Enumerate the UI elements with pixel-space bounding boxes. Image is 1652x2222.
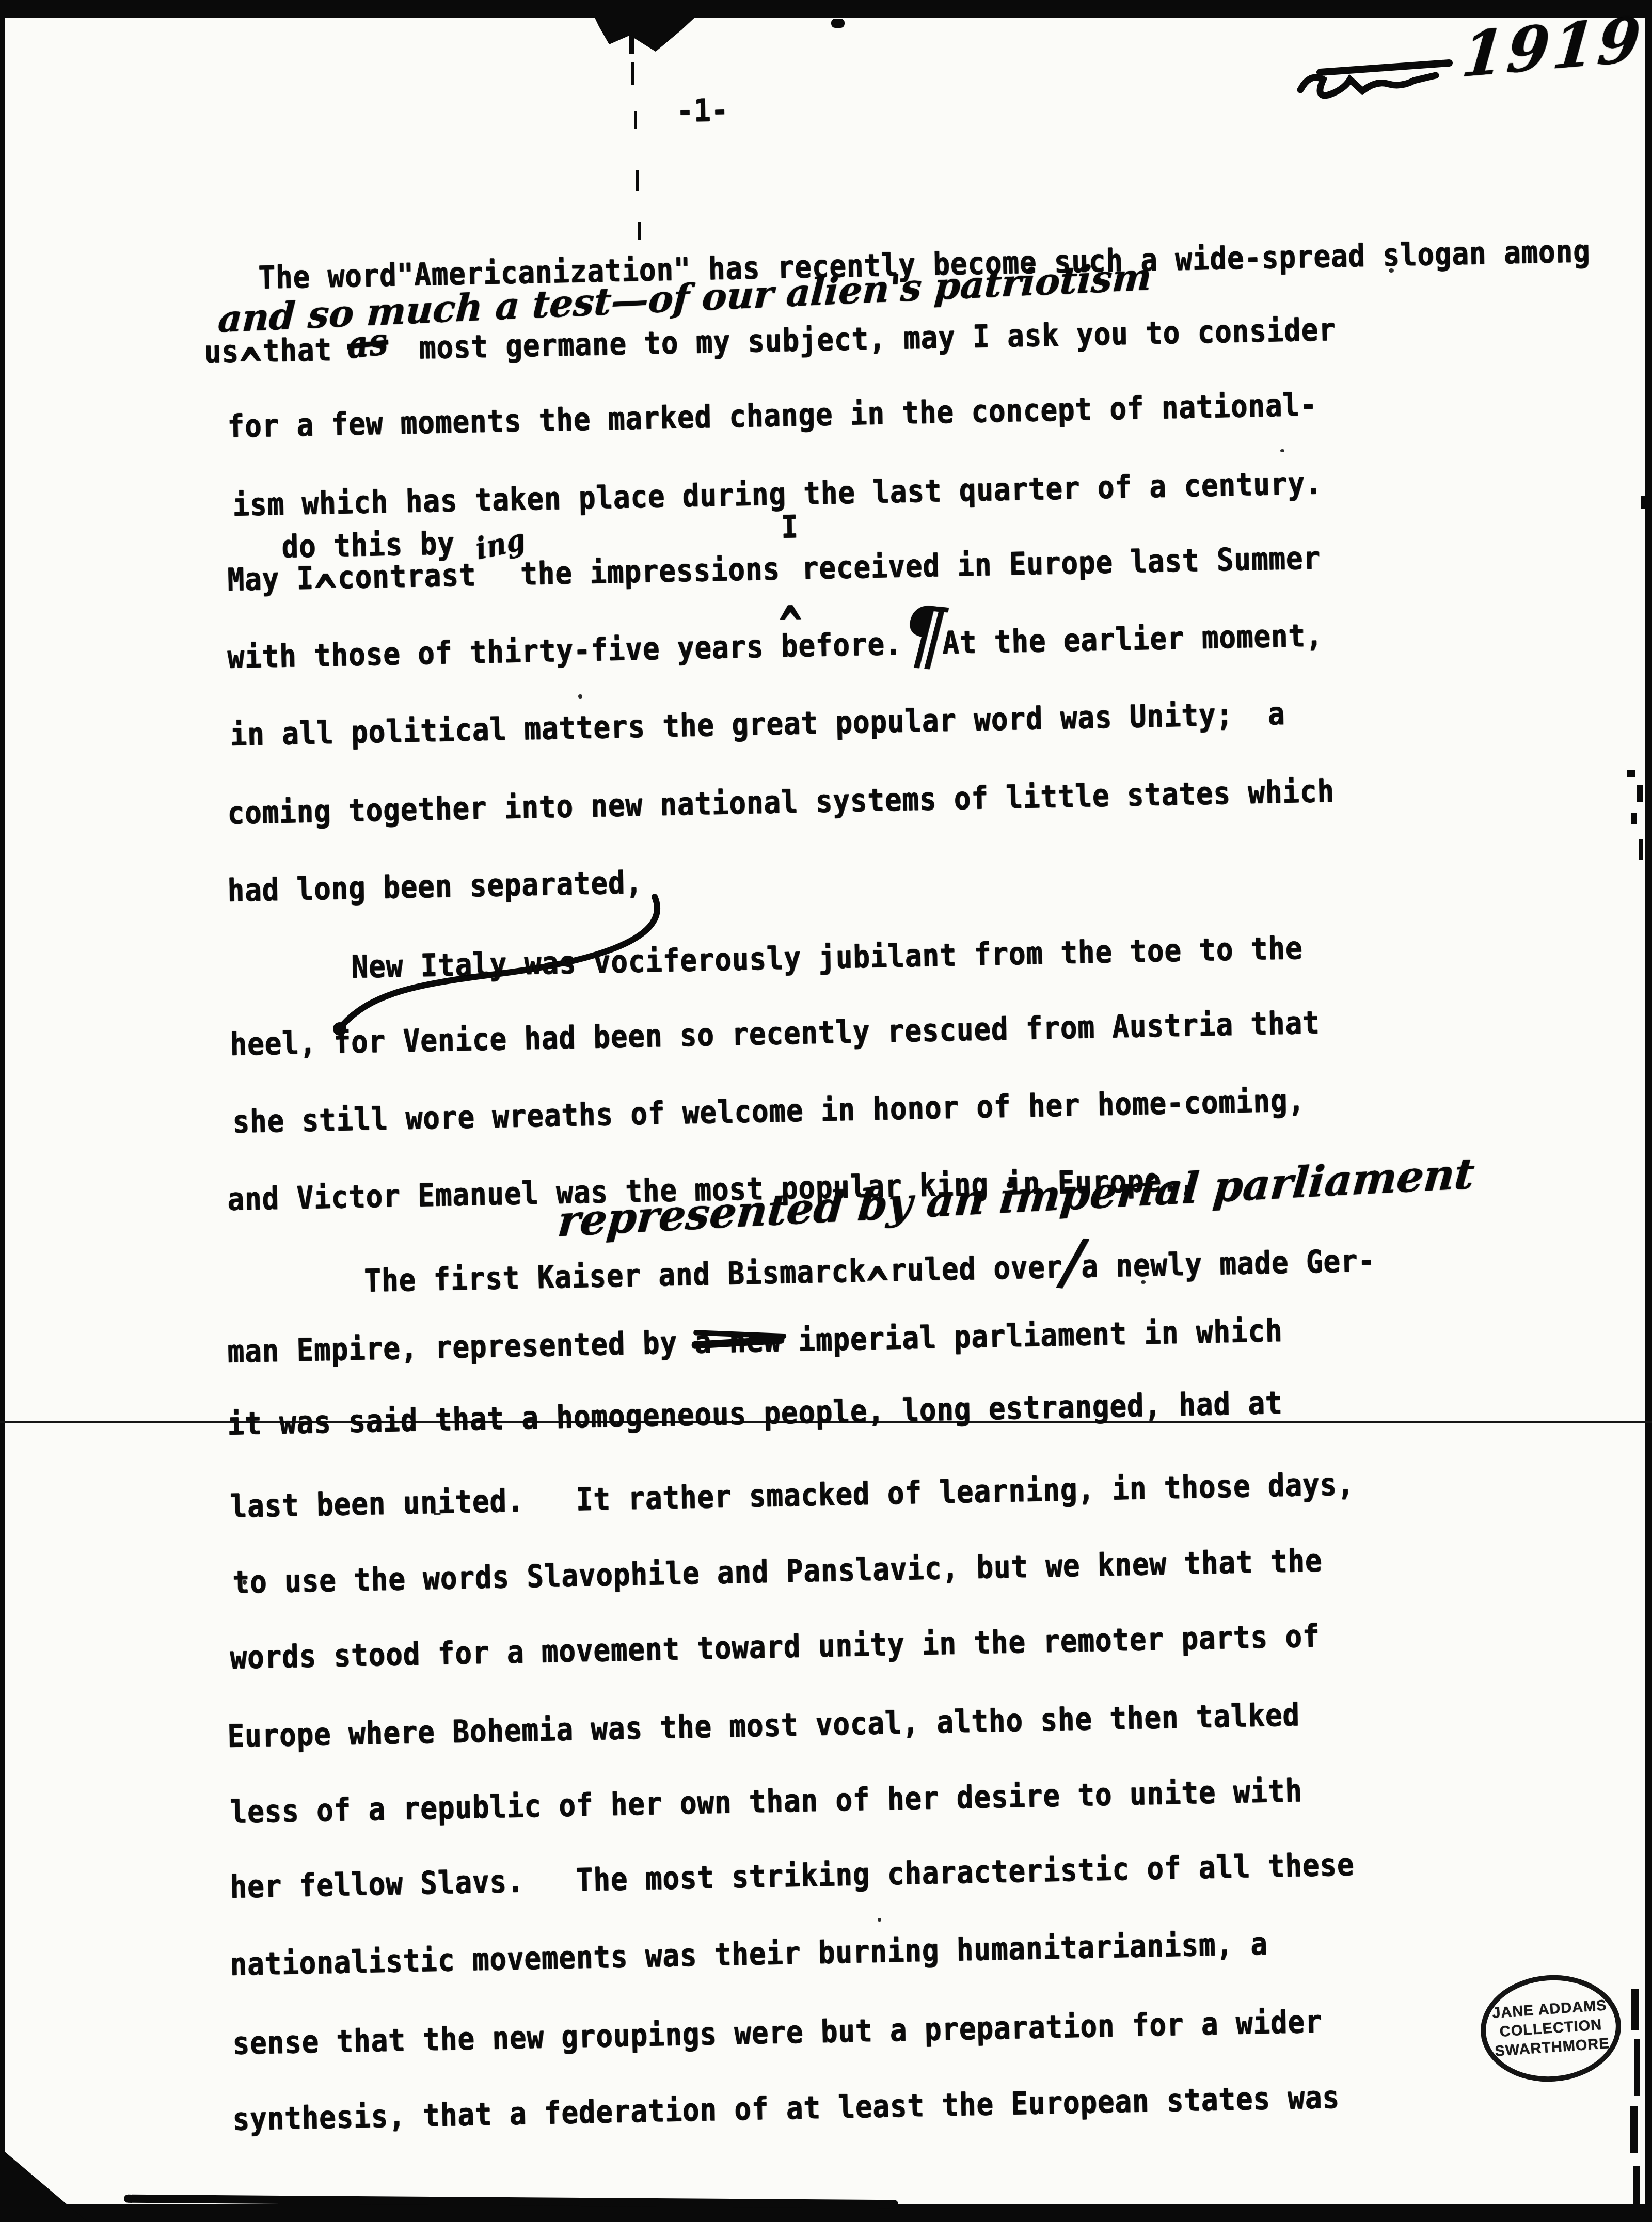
typed-line-12: she still wore wreaths of welcome in hon… [232,1083,1306,1139]
scan-streak [1631,1989,1639,2030]
scan-drip [636,170,639,191]
typed-line-25: synthesis, that a federation of at least… [232,2080,1340,2137]
scan-drip [634,111,637,129]
scan-border-right [1645,0,1652,2222]
typed-text: At the earlier moment, [942,617,1324,661]
scan-drip [638,222,641,240]
scan-speckle [1641,496,1645,509]
handwritten-interline-2: represented by an imperial parliament [556,1149,1476,1247]
typed-text: imperial parliament in which [781,1312,1283,1359]
typed-line-23: nationalistic movements was their burnin… [230,1927,1268,1982]
typed-line-07: in all political matters the great popul… [230,696,1285,752]
scanned-page: -1- 1919 The word"Americanization" has r… [0,0,1652,2222]
scan-border-top [0,0,1652,18]
typed-text: a newly made Ger- [1081,1242,1376,1284]
scan-speckle [1627,770,1635,777]
scan-border-left [0,0,5,2222]
struck-handwritten-word: as [345,321,390,367]
typed-text: the impressions [520,550,780,592]
scan-streak [1630,2106,1638,2153]
stamp-line: COLLECTION [1499,2018,1602,2040]
scan-drip [631,62,634,85]
collection-stamp: JANE ADDAMS COLLECTION SWARTHMORE [1477,1971,1625,2086]
typed-text: contrast [337,557,476,596]
typed-line-21: less of a republic of her own than of he… [230,1773,1303,1829]
pilcrow-mark: ¶ [902,633,942,637]
typed-text: received in Europe last Summer [801,539,1321,586]
typed-line-04: ism which has taken place during the las… [232,466,1323,522]
typed-line-14: The first Kaiser and Bismarck^ruled over… [364,1244,1376,1298]
typed-line-22: her fellow Slavs. The most striking char… [230,1847,1355,1904]
typed-line-19: words stood for a movement toward unity … [230,1619,1320,1675]
scan-speckle [1637,785,1643,802]
typed-text: May I [227,560,314,598]
insertion-slash-mark: / [1062,1261,1081,1262]
scan-streak [1633,2166,1640,2210]
scan-streak [1634,2039,1640,2096]
inserted-capital-i: I [781,510,799,544]
typed-text: man Empire, represented by [227,1324,695,1370]
typed-line-18: to use the words Slavophile and Panslavi… [232,1544,1323,1600]
scan-speckle [1631,813,1637,824]
struck-typed-words: a new [694,1323,782,1359]
typed-line-20: Europe where Bohemia was the most vocal,… [227,1697,1300,1753]
struck-out-handwriting [1293,42,1464,109]
handwritten-ing-insertion: ing [473,524,522,566]
typed-line-17: last been united. It rather smacked of l… [230,1467,1355,1523]
typed-text: us [204,333,239,370]
typed-line-08: coming together into new national system… [227,774,1335,831]
typed-text: that [262,331,332,369]
caret-mark: ^ [866,1286,890,1287]
typed-line-06: with those of thirty-five years before.¶… [227,618,1323,674]
typed-line-03: for a few moments the marked change in t… [227,388,1317,444]
caret-mark: ^ [314,594,338,594]
caret-mark: ^ [239,367,263,368]
scan-drip [629,18,634,54]
scan-speck [1280,449,1284,452]
scan-speck [578,694,582,699]
stamp-line: SWARTHMORE [1494,2036,1610,2059]
typed-text: The first Kaiser and Bismarck [364,1252,866,1299]
page-number: -1- [676,93,729,129]
scan-speckle [1639,839,1643,860]
typed-line-16: it was said that a homogeneous people, l… [227,1386,1283,1441]
scan-speck [878,1918,881,1922]
insertion-column: I^ [780,579,802,579]
scan-drip-blob [594,15,697,52]
typed-line-24: sense that the new groupings were but a … [232,2005,1323,2061]
typed-text: with those of thirty-five years before. [227,626,902,676]
scan-drip [831,19,845,28]
typed-line-15: man Empire, represented by a new imperia… [227,1313,1283,1369]
typed-text: ruled over [889,1249,1063,1289]
